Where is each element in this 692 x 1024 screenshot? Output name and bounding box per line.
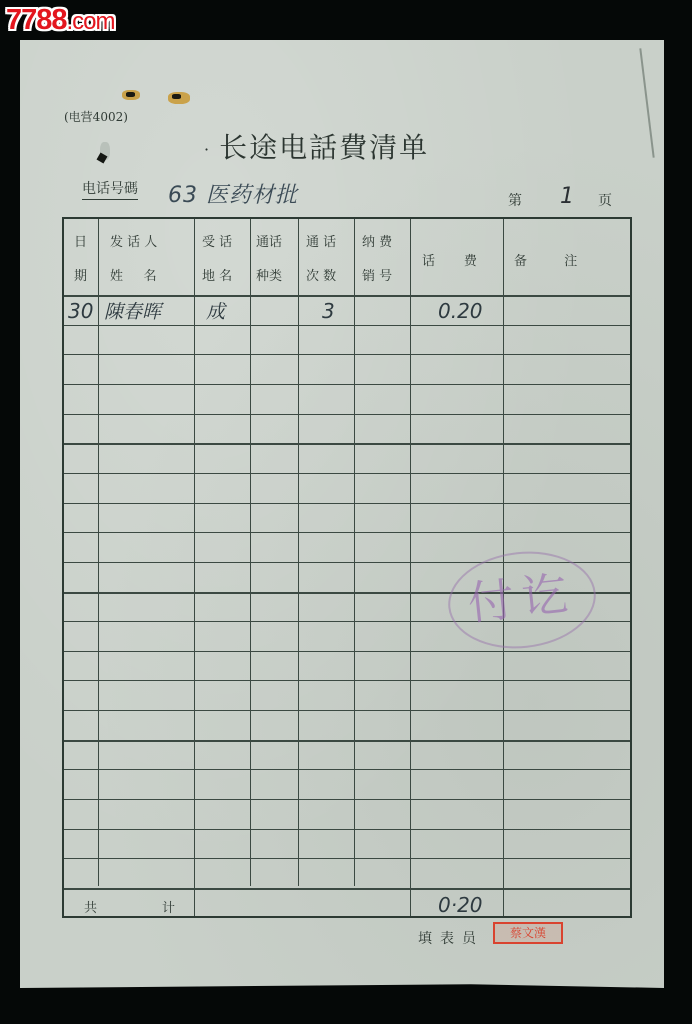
column-divider xyxy=(250,219,251,886)
watermark-domain: .com xyxy=(67,8,115,35)
row-count: 3 xyxy=(322,299,335,323)
form-title-text: 长途电話費清单 xyxy=(219,131,429,164)
column-divider xyxy=(98,219,99,886)
total-fee: 0·20 xyxy=(438,893,483,917)
watermark-name: 7788 xyxy=(6,4,67,36)
header-receipt-2: 销 号 xyxy=(362,265,392,284)
phone-number-label: 电话号碼 xyxy=(82,178,138,200)
header-remarks: 备 注 xyxy=(514,250,577,269)
column-divider xyxy=(194,219,195,916)
paper-damage xyxy=(122,90,140,100)
row-line xyxy=(64,799,630,800)
total-label-2: 计 xyxy=(162,897,175,916)
form-title: ·长途电話費清单 xyxy=(204,126,429,166)
row-line xyxy=(64,473,630,474)
paper-damage xyxy=(168,92,190,104)
header-receipt-1: 纳 费 xyxy=(362,231,392,250)
site-watermark: 7788.com xyxy=(6,4,115,37)
row-line xyxy=(64,532,630,533)
row-line xyxy=(64,680,630,681)
row-line xyxy=(64,325,630,326)
header-count-2: 次 数 xyxy=(306,265,336,284)
row-line xyxy=(64,651,630,652)
total-label-1: 共 xyxy=(84,897,97,916)
form-code: (电营4002) xyxy=(64,108,128,125)
column-divider xyxy=(298,219,299,886)
header-date-1: 日 xyxy=(74,231,87,250)
row-line xyxy=(64,740,630,742)
row-caller: 陳春晖 xyxy=(104,297,161,324)
column-divider xyxy=(354,219,355,886)
header-dest-1: 受 话 xyxy=(202,231,232,250)
header-caller-1: 发 话 人 xyxy=(110,231,157,250)
row-line xyxy=(64,858,630,859)
row-line xyxy=(64,443,630,445)
header-type-2: 种类 xyxy=(256,265,282,284)
header-type-1: 通话 xyxy=(256,231,282,250)
row-destination: 成 xyxy=(206,297,225,324)
row-line xyxy=(64,503,630,504)
row-line xyxy=(64,888,630,890)
row-line xyxy=(64,354,630,355)
row-line xyxy=(64,710,630,711)
row-line xyxy=(64,414,630,415)
page-suffix: 页 xyxy=(598,190,612,210)
paper-damage xyxy=(100,142,110,160)
row-fee: 0.20 xyxy=(438,299,483,323)
row-line xyxy=(64,384,630,385)
row-date: 30 xyxy=(68,299,93,323)
page-number: 1 xyxy=(560,184,574,209)
clerk-seal: 蔡文漢 xyxy=(493,922,563,944)
header-caller-2: 姓 名 xyxy=(110,265,157,284)
header-count-1: 通 话 xyxy=(306,231,336,250)
row-line xyxy=(64,829,630,830)
row-line xyxy=(64,769,630,770)
header-fee: 话 费 xyxy=(422,250,477,269)
header-date-2: 期 xyxy=(74,265,87,284)
header-dest-2: 地 名 xyxy=(202,265,232,284)
column-divider xyxy=(410,219,411,916)
page-prefix: 第 xyxy=(508,190,522,210)
phone-number-value: 63 医药材批 xyxy=(168,178,298,209)
filler-label: 填表员 xyxy=(418,928,484,948)
